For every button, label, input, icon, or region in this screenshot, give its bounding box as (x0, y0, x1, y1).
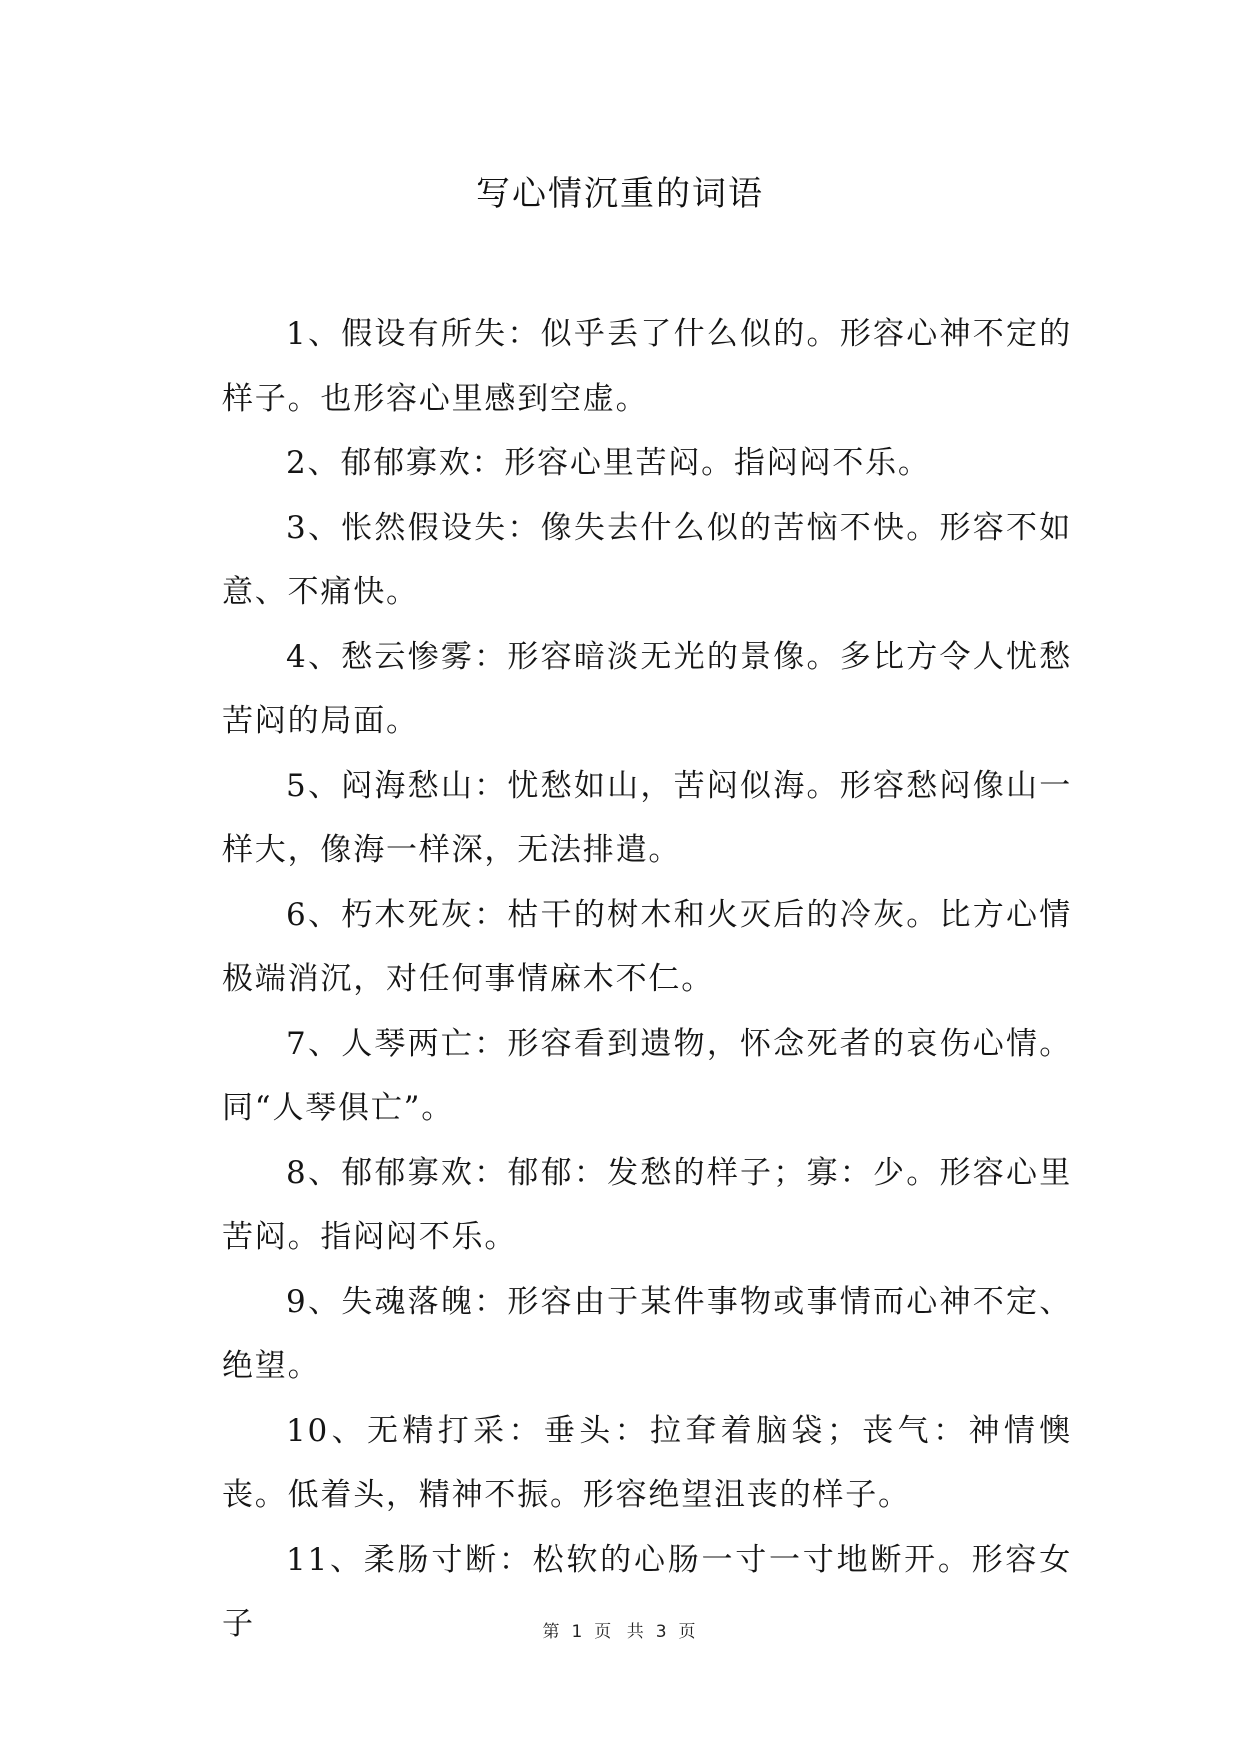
paragraph-6: 6、朽木死灰：枯干的树木和火灭后的冷灰。比方心情极端消沉，对任何事情麻木不仁。 (222, 883, 1072, 1012)
footer-suffix: 页 (679, 1622, 698, 1642)
document-title: 写心情沉重的词语 (0, 172, 1240, 216)
paragraph-2: 2、郁郁寡欢：形容心里苦闷。指闷闷不乐。 (222, 431, 1072, 496)
paragraph-7: 7、人琴两亡：形容看到遗物，怀念死者的哀伤心情。同“人琴俱亡”。 (222, 1012, 1072, 1141)
paragraph-5: 5、闷海愁山：忧愁如山，苦闷似海。形容愁闷像山一样大，像海一样深，无法排遣。 (222, 754, 1072, 883)
paragraph-4: 4、愁云惨雾：形容暗淡无光的景像。多比方令人忧愁苦闷的局面。 (222, 625, 1072, 754)
current-page-number: 1 (571, 1622, 584, 1642)
paragraph-1: 1、假设有所失：似乎丢了什么似的。形容心神不定的样子。也形容心里感到空虚。 (222, 302, 1072, 431)
document-body: 1、假设有所失：似乎丢了什么似的。形容心神不定的样子。也形容心里感到空虚。 2、… (222, 302, 1072, 1657)
paragraph-3: 3、怅然假设失：像失去什么似的苦恼不快。形容不如意、不痛快。 (222, 496, 1072, 625)
paragraph-9: 9、失魂落魄：形容由于某件事物或事情而心神不定、绝望。 (222, 1270, 1072, 1399)
footer-prefix: 第 (542, 1622, 561, 1642)
total-pages-number: 3 (656, 1622, 669, 1642)
footer-mid: 页 共 (594, 1622, 645, 1642)
paragraph-8: 8、郁郁寡欢：郁郁：发愁的样子；寡：少。形容心里苦闷。指闷闷不乐。 (222, 1141, 1072, 1270)
page-footer: 第1页 共3页 (0, 1617, 1240, 1642)
document-page: 写心情沉重的词语 1、假设有所失：似乎丢了什么似的。形容心神不定的样子。也形容心… (0, 0, 1240, 1753)
paragraph-10: 10、无精打采：垂头：拉耷着脑袋；丧气：神情懊丧。低着头，精神不振。形容绝望沮丧… (222, 1399, 1072, 1528)
